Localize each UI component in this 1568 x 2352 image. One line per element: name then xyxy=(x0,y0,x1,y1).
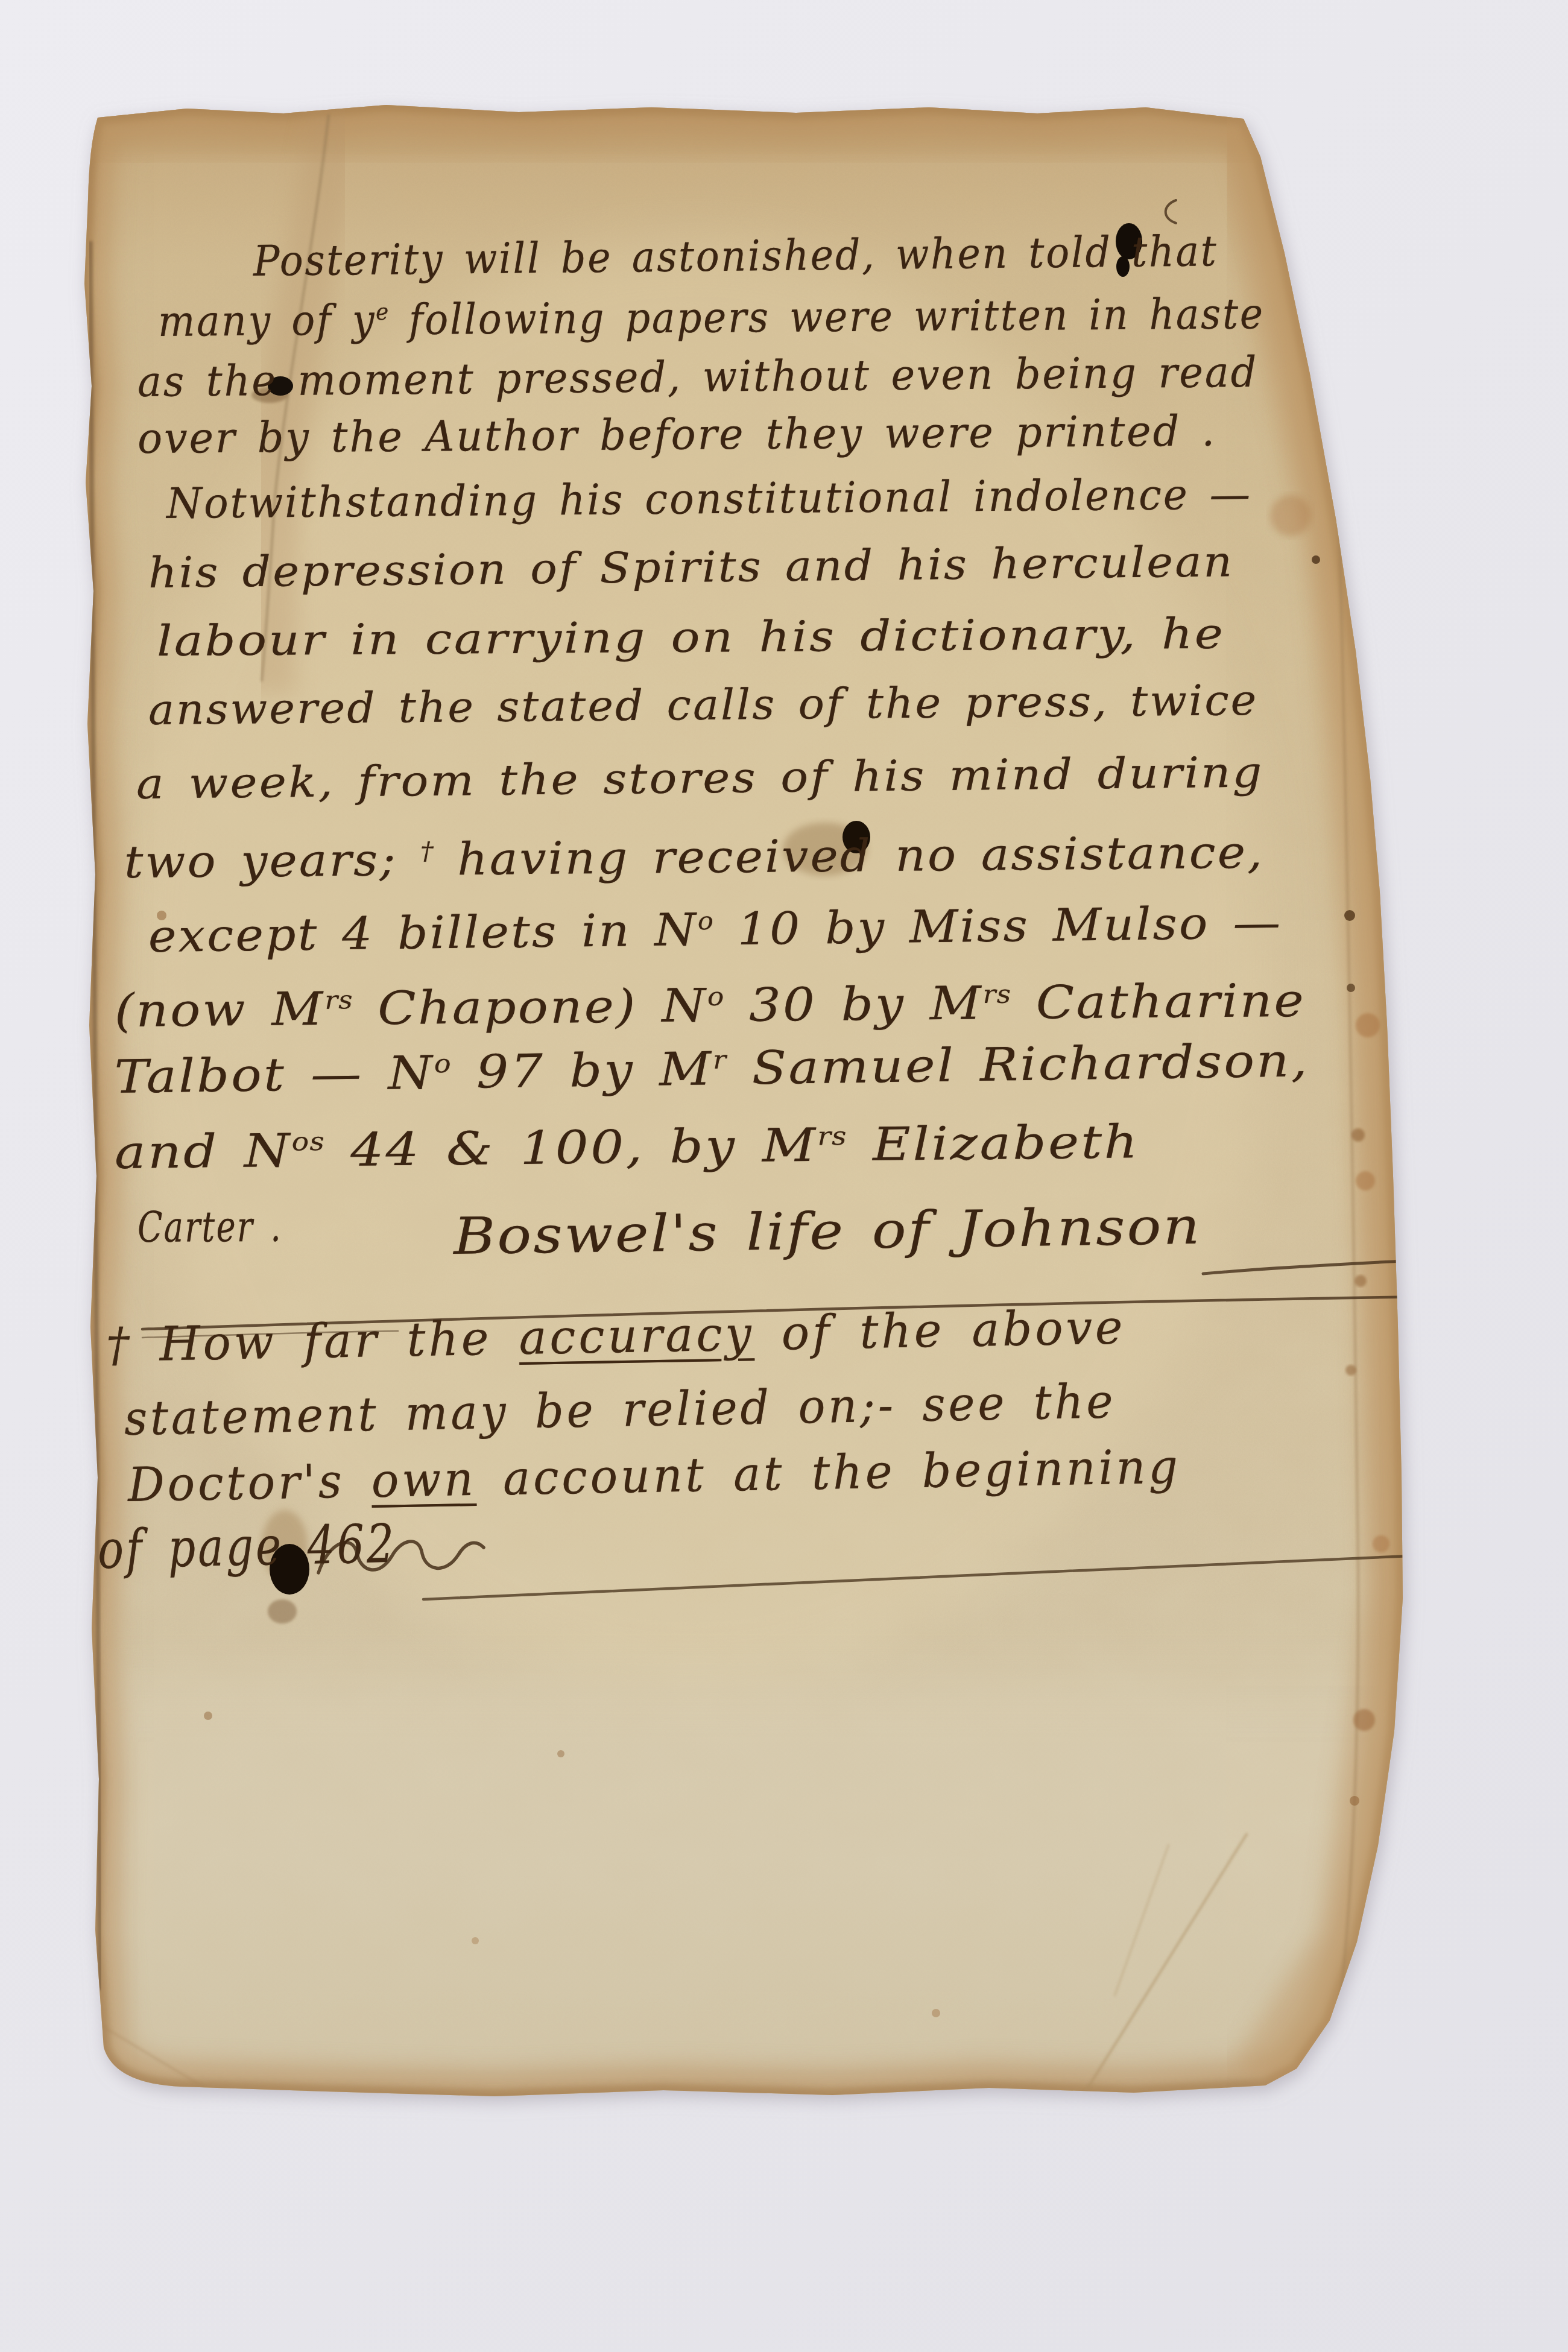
manuscript-line: many of ye following papers were written… xyxy=(158,292,1265,343)
manuscript-line: a week, from the stores of his mind duri… xyxy=(136,751,1264,805)
photo-backdrop: Posterity will be astonished, when told … xyxy=(0,0,1568,2352)
manuscript-line: Doctor's own account at the beginning xyxy=(127,1444,1181,1509)
manuscript-line: as the moment pressed, without even bein… xyxy=(138,351,1259,403)
manuscript-line: statement may be relied on;- see the xyxy=(124,1378,1116,1443)
manuscript-line: and Nos 44 & 100, by Mrs Elizabeth xyxy=(115,1119,1140,1175)
manuscript-line: labour in carrying on his dictionary, he xyxy=(157,613,1225,662)
manuscript-line: two years; † having received no assistan… xyxy=(124,830,1265,885)
manuscript-line: † How far the accuracy of the above xyxy=(106,1304,1126,1369)
manuscript-text: Posterity will be astonished, when told … xyxy=(0,0,1568,2352)
manuscript-line: Boswel's life of Johnson xyxy=(453,1201,1202,1262)
manuscript-line: his depression of Spirits and his hercul… xyxy=(148,540,1234,594)
manuscript-line: Posterity will be astonished, when told … xyxy=(253,230,1218,282)
manuscript-line: of page 462 xyxy=(97,1517,397,1576)
manuscript-line: answered the stated calls of the press, … xyxy=(148,679,1259,731)
manuscript-line: (now Mrs Chapone) No 30 by Mrs Catharine xyxy=(115,978,1306,1034)
manuscript-line: over by the Author before they were prin… xyxy=(138,410,1217,460)
manuscript-line: except 4 billets in No 10 by Miss Mulso … xyxy=(148,900,1283,959)
manuscript-line: Carter . xyxy=(138,1206,282,1248)
manuscript-line: Talbot — No 97 by Mr Samuel Richardson, xyxy=(114,1037,1309,1100)
manuscript-line: Notwithstanding his constitutional indol… xyxy=(166,473,1253,525)
